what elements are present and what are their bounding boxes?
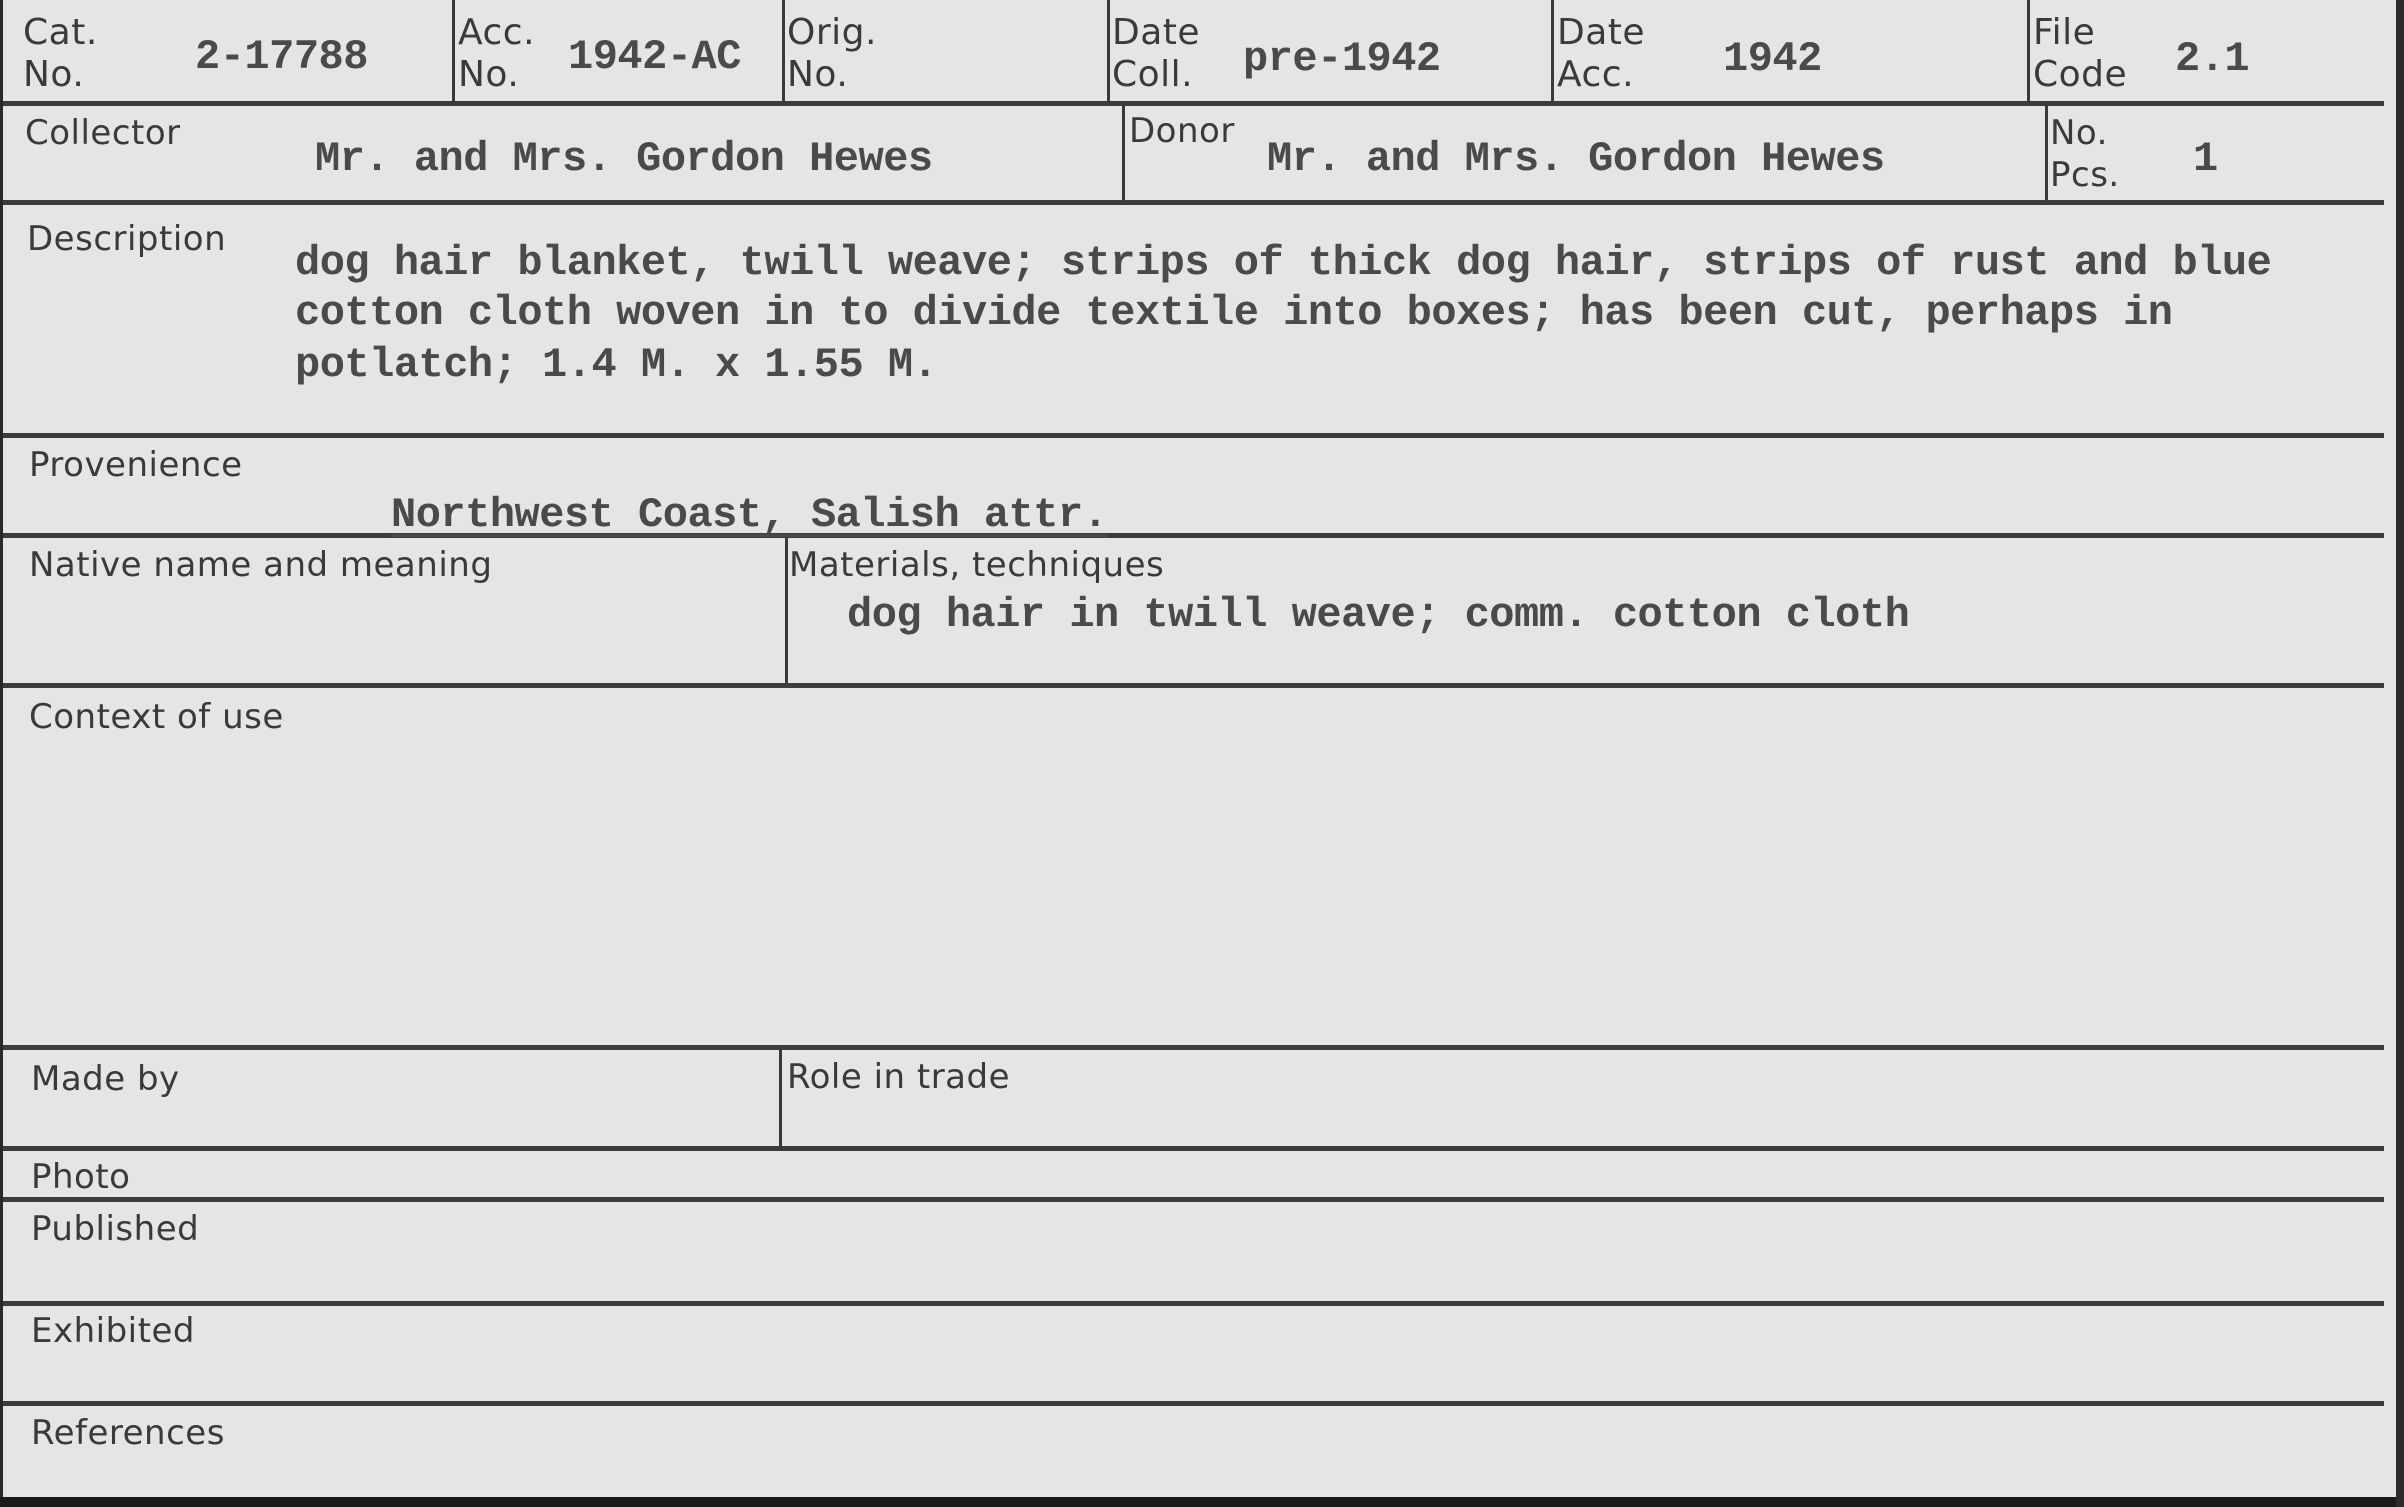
description-line-1: dog hair blanket, twill weave; strips of… (295, 238, 2271, 288)
date-acc-label: Date Acc. (1557, 12, 1645, 96)
cat-no-label: Cat. No. (23, 12, 98, 96)
rule-madeby-bottom (3, 1146, 2384, 1151)
rule-photo-bottom (3, 1197, 2384, 1202)
date-coll-label: Date Coll. (1112, 12, 1200, 96)
file-code-value: 2.1 (2175, 34, 2249, 84)
acc-no-label: Acc. No. (458, 12, 535, 96)
divider-dateacc-filecode (2027, 0, 2030, 103)
divider-collector-donor (1122, 103, 1125, 202)
date-acc-value: 1942 (1723, 34, 1822, 84)
provenience-label: Provenience (29, 446, 243, 485)
catalog-card: Cat. No. 2-17788 Acc. No. 1942-AC Orig. … (0, 0, 2399, 1497)
photo-label: Photo (31, 1158, 131, 1197)
rule-published-bottom (3, 1301, 2384, 1306)
rule-provenience-bottom (3, 533, 2384, 538)
donor-value: Mr. and Mrs. Gordon Hewes (1267, 134, 1885, 184)
divider-native-materials (785, 535, 788, 685)
provenience-value: Northwest Coast, Salish attr. (391, 490, 1107, 540)
description-line-3: potlatch; 1.4 M. x 1.55 M. (295, 340, 937, 390)
orig-no-label: Orig. No. (787, 12, 877, 96)
made-by-label: Made by (31, 1060, 180, 1099)
rule-people-bottom (3, 200, 2384, 205)
divider-acc-orig (782, 0, 785, 103)
divider-datecoll-dateacc (1551, 0, 1554, 103)
divider-donor-pcs (2045, 103, 2048, 202)
file-code-label: File Code (2033, 12, 2127, 96)
collector-value: Mr. and Mrs. Gordon Hewes (315, 134, 933, 184)
collector-label: Collector (25, 114, 181, 153)
materials-value: dog hair in twill weave; comm. cotton cl… (847, 590, 1909, 640)
acc-no-value: 1942-AC (568, 32, 741, 82)
card-bottom-edge (0, 1497, 2404, 1507)
published-label: Published (31, 1210, 199, 1249)
no-pcs-value: 1 (2193, 134, 2218, 184)
divider-orig-datecoll (1107, 0, 1110, 103)
card-right-edge (2396, 0, 2404, 1507)
divider-cat-acc (452, 0, 455, 103)
rule-native-bottom (3, 683, 2384, 688)
donor-label: Donor (1129, 112, 1235, 151)
description-line-2: cotton cloth woven in to divide textile … (295, 288, 2173, 338)
date-coll-value: pre-1942 (1243, 34, 1441, 84)
divider-madeby-role (779, 1047, 782, 1148)
cat-no-value: 2-17788 (195, 32, 368, 82)
exhibited-label: Exhibited (31, 1312, 195, 1351)
description-label: Description (27, 220, 226, 259)
context-of-use-label: Context of use (29, 698, 284, 737)
rule-description-bottom (3, 433, 2384, 438)
native-name-label: Native name and meaning (29, 546, 492, 585)
materials-label: Materials, techniques (789, 546, 1164, 585)
rule-context-bottom (3, 1045, 2384, 1050)
no-pcs-label: No. Pcs. (2050, 112, 2120, 196)
role-in-trade-label: Role in trade (787, 1058, 1010, 1097)
references-label: References (31, 1414, 225, 1453)
rule-exhibited-bottom (3, 1401, 2384, 1406)
